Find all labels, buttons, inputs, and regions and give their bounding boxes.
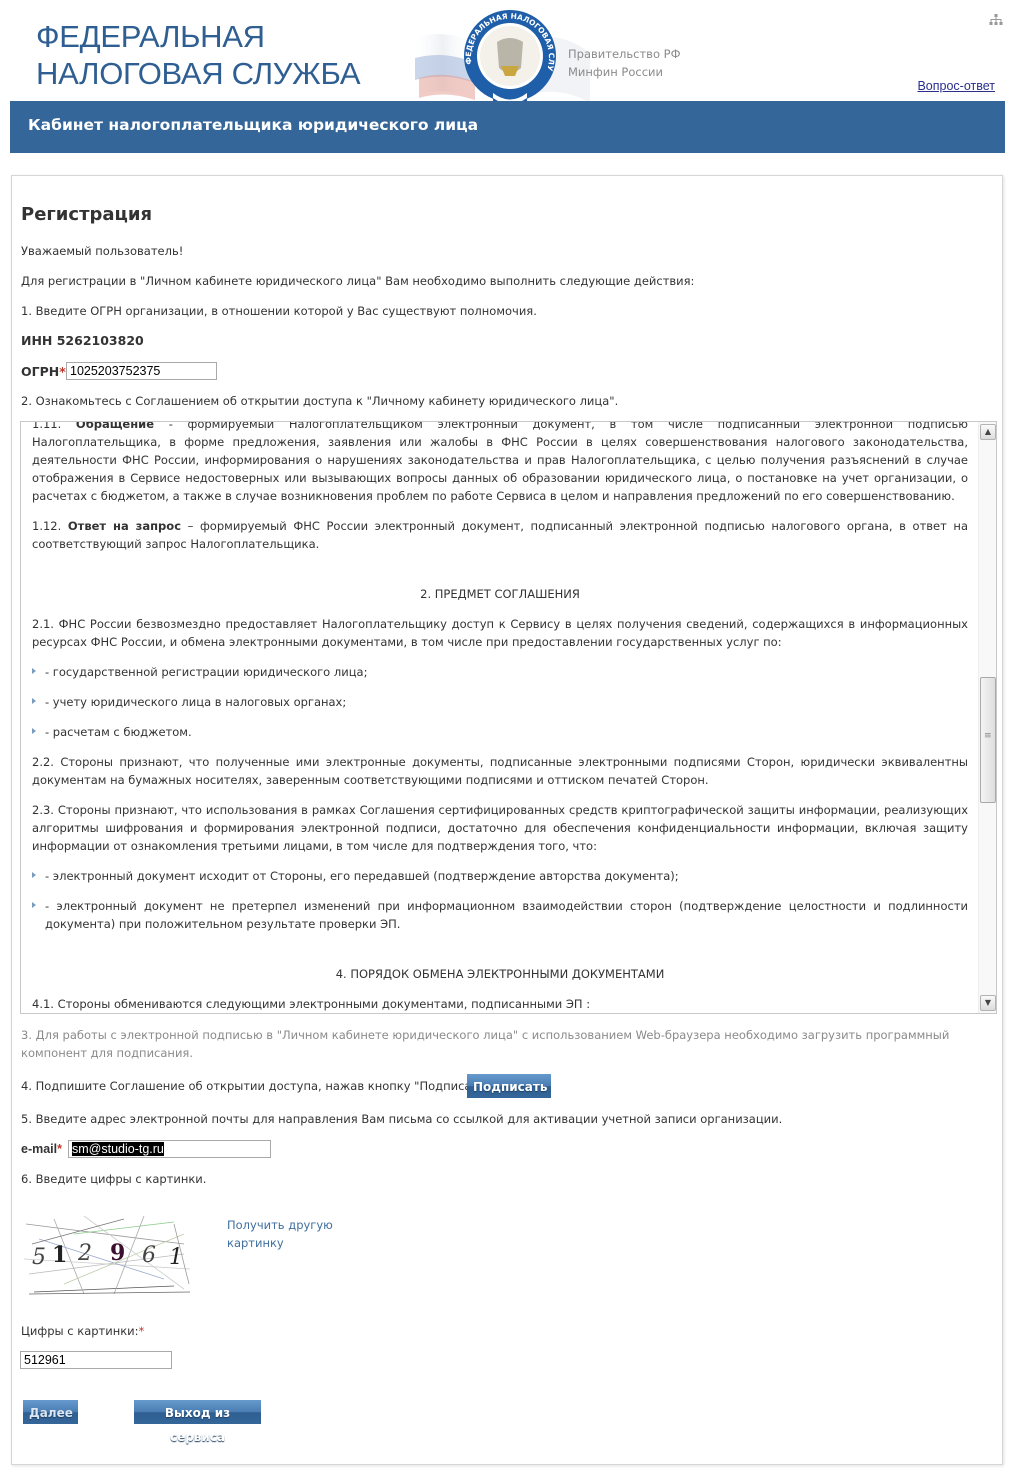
agreement-text-box[interactable]: 1.11. Обращение - формируемый Налогоплат… xyxy=(20,421,997,1014)
agreement-scrollbar[interactable]: ▲ ▼ xyxy=(978,422,996,1013)
captcha-input[interactable]: 512961 xyxy=(20,1351,172,1369)
government-links: Правительство РФ Минфин России xyxy=(568,45,680,81)
agreement-bullet: - расчетам с бюджетом. xyxy=(32,723,968,741)
captcha-refresh-line-1: Получить другую xyxy=(227,1216,333,1234)
fns-emblem-icon: ФЕДЕРАЛЬНАЯ НАЛОГОВАЯ СЛУЖБА xyxy=(405,8,595,112)
email-label: e-mail* xyxy=(21,1142,62,1156)
government-link[interactable]: Правительство РФ xyxy=(568,45,680,63)
captcha-label-text: Цифры с картинки: xyxy=(21,1324,139,1338)
step-1-text: 1. Введите ОГРН организации, в отношении… xyxy=(21,304,537,318)
minfin-link[interactable]: Минфин России xyxy=(568,63,680,81)
greeting-text: Уважаемый пользователь! xyxy=(21,244,183,258)
captcha-image: 5 1 2 9 6 1 xyxy=(24,1214,190,1296)
svg-text:6: 6 xyxy=(142,1243,156,1268)
email-value: sm@studio-tg.ru xyxy=(72,1142,164,1156)
step-3-text: 3. Для работы с электронной подписью в "… xyxy=(21,1026,996,1062)
captcha-refresh-line-2: картинку xyxy=(227,1234,333,1252)
brand-line-1: ФЕДЕРАЛЬНАЯ xyxy=(36,18,360,55)
agreement-paragraph: 1.11. Обращение - формируемый Налогоплат… xyxy=(32,421,968,505)
email-input[interactable]: sm@studio-tg.ru xyxy=(68,1140,271,1158)
inn-value: ИНН 5262103820 xyxy=(21,333,144,348)
next-button[interactable]: Далее xyxy=(23,1400,78,1424)
section-title: Кабинет налогоплательщика юридического л… xyxy=(28,116,478,134)
sign-button[interactable]: Подписать xyxy=(467,1074,551,1098)
agreement-bullet: - электронный документ не претерпел изме… xyxy=(32,897,968,933)
ogrn-label-text: ОГРН xyxy=(21,364,59,379)
required-mark: * xyxy=(57,1142,62,1156)
step-5-text: 5. Введите адрес электронной почты для н… xyxy=(21,1112,782,1126)
svg-text:2: 2 xyxy=(77,1241,92,1266)
page-title: Регистрация xyxy=(21,204,152,225)
agreement-section-heading: 2. ПРЕДМЕТ СОГЛАШЕНИЯ xyxy=(32,585,968,603)
brand-line-2: НАЛОГОВАЯ СЛУЖБА xyxy=(36,55,360,92)
fns-logo-text[interactable]: ФЕДЕРАЛЬНАЯ НАЛОГОВАЯ СЛУЖБА xyxy=(36,18,360,92)
intro-text: Для регистрации в "Личном кабинете юриди… xyxy=(21,274,694,288)
step-2-text: 2. Ознакомьтесь с Соглашением об открыти… xyxy=(21,394,618,408)
step-6-text: 6. Введите цифры с картинки. xyxy=(21,1172,206,1186)
svg-text:1: 1 xyxy=(52,1242,67,1268)
section-title-bar: Кабинет налогоплательщика юридического л… xyxy=(10,101,1005,153)
svg-text:9: 9 xyxy=(110,1240,125,1266)
agreement-content: 1.11. Обращение - формируемый Налогоплат… xyxy=(32,421,968,1014)
chevron-up-icon: ▲ xyxy=(985,427,991,436)
scrollbar-thumb[interactable] xyxy=(980,677,996,803)
agreement-paragraph: 2.1. ФНС России безвозмездно предоставля… xyxy=(32,615,968,651)
agreement-bullet: - учету юридического лица в налоговых ор… xyxy=(32,693,968,711)
captcha-label: Цифры с картинки:* xyxy=(21,1324,144,1338)
agreement-paragraph: 2.2. Стороны признают, что полученные им… xyxy=(32,753,968,789)
svg-text:1: 1 xyxy=(169,1245,183,1270)
agreement-paragraph: 4.1. Стороны обмениваются следующими эле… xyxy=(32,995,968,1013)
registration-panel: Регистрация Уважаемый пользователь! Для … xyxy=(11,175,1003,1465)
agreement-paragraph: 1.12. Ответ на запрос – формируемый ФНС … xyxy=(32,517,968,553)
site-header: ФЕДЕРАЛЬНАЯ НАЛОГОВАЯ СЛУЖБА ФЕДЕРАЛЬНАЯ… xyxy=(0,0,1013,102)
agreement-bullet: - государственной регистрации юридическо… xyxy=(32,663,968,681)
ogrn-label: ОГРН* xyxy=(21,364,66,379)
exit-service-button[interactable]: Выход из сервиса xyxy=(134,1400,261,1424)
required-mark: * xyxy=(139,1324,145,1338)
chevron-down-icon: ▼ xyxy=(985,998,991,1007)
agreement-bullet: - электронный документ исходит от Сторон… xyxy=(32,867,968,885)
scroll-down-button[interactable]: ▼ xyxy=(980,995,996,1011)
email-label-text: e-mail xyxy=(21,1142,57,1156)
captcha-digit: 5 xyxy=(32,1245,46,1270)
required-mark: * xyxy=(59,364,66,379)
ogrn-input[interactable]: 1025203752375 xyxy=(66,362,217,380)
sitemap-icon[interactable] xyxy=(989,14,1003,26)
agreement-section-heading: 4. ПОРЯДОК ОБМЕНА ЭЛЕКТРОННЫМИ ДОКУМЕНТА… xyxy=(32,965,968,983)
captcha-refresh-link[interactable]: Получить другую картинку xyxy=(227,1216,333,1252)
agreement-paragraph: 2.3. Стороны признают, что использования… xyxy=(32,801,968,855)
step-4-text: 4. Подпишите Соглашение об открытии дост… xyxy=(21,1079,494,1093)
scroll-up-button[interactable]: ▲ xyxy=(980,424,996,440)
faq-link[interactable]: Вопрос-ответ xyxy=(917,79,995,93)
